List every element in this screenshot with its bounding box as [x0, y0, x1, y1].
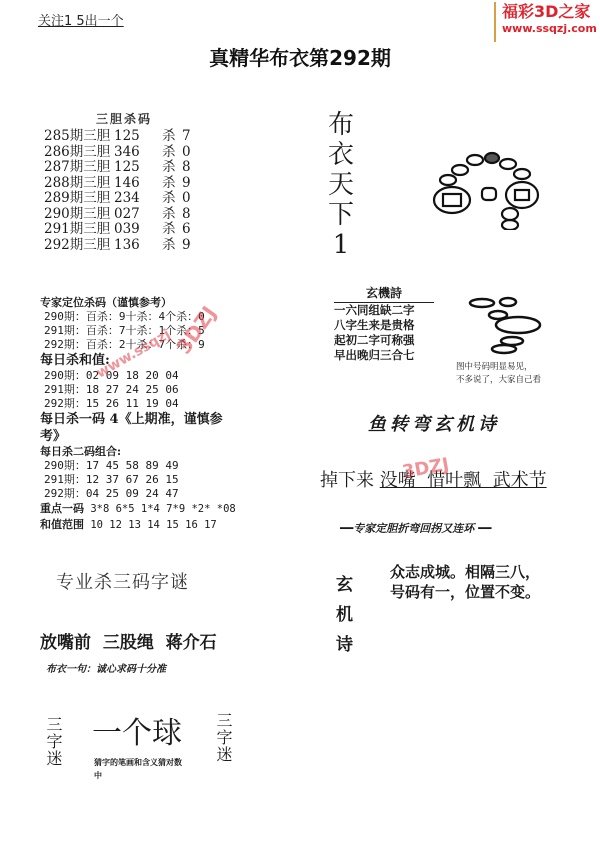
poem-line: 号码有一，位置不变。	[390, 582, 540, 602]
table-row: 288期三胆146杀9	[44, 176, 204, 192]
riddle-right-vertical: 三字迷	[212, 712, 235, 763]
caption-line: 图中号码明显易见，	[456, 361, 541, 374]
page-title: 真精华布衣第292期	[0, 42, 600, 71]
xuan-ji-poem-title: 玄機詩	[334, 284, 434, 303]
poem-line: 八字生来是贵格	[334, 318, 434, 333]
expert-dan-line: ━━专家定胆折弯回拐又连环 ━━	[340, 520, 491, 536]
key-code-values: 3*8 6*5 1*4 7*9 *2* *08	[90, 503, 235, 515]
list-item: 292期：04 25 09 24 47	[40, 487, 240, 501]
table-row: 292期三胆136杀9	[44, 238, 204, 254]
fish-words-plain: 掉下来	[320, 470, 380, 491]
key-code-label: 重点一码	[40, 502, 84, 515]
poem-line: 一六同组缺二字	[334, 303, 434, 318]
list-item: 291期：12 37 67 26 15	[40, 473, 240, 487]
brand-name: 福彩3D之家	[496, 2, 600, 22]
poem-line: 起初二字可称强	[334, 333, 434, 348]
list-item: 292期：15 26 11 19 04	[40, 397, 240, 411]
rings-caption: 图中号码明显易见， 不多说了，大家自己看	[456, 361, 541, 387]
riddle-left-vertical: 三字迷	[42, 716, 65, 767]
riddle-title: 专业杀三码字谜	[56, 568, 189, 594]
expert-sections: 专家定位杀码（谨慎参考） 290期：百杀：9十杀：4个杀：0 291期：百杀：7…	[40, 296, 240, 533]
sum-range-row: 和值范围 10 12 13 14 15 16 17	[40, 517, 240, 533]
riddle-center: 一个球	[92, 708, 182, 752]
riddle-subtitle: 布衣一句：诚心求码十分准	[46, 660, 166, 675]
daily-two-heading: 每日杀二码组合:	[40, 445, 240, 459]
three-dan-kill-heading: 三胆杀码	[44, 110, 204, 127]
table-row: 287期三胆125杀8	[44, 160, 204, 176]
table-row: 291期三胆039杀6	[44, 222, 204, 238]
sum-range-label: 和值范围	[40, 518, 84, 531]
bu-yi-vertical: 布衣天下1	[326, 110, 356, 260]
list-item: 290期：02 09 18 20 04	[40, 369, 240, 383]
key-code-row: 重点一码 3*8 6*5 1*4 7*9 *2* *08	[40, 501, 240, 517]
rings-illustration-icon	[468, 295, 548, 355]
sum-range-values: 10 12 13 14 15 16 17	[90, 519, 216, 531]
xuan-ji-shi-vertical: 玄机诗	[336, 570, 356, 660]
table-row: 289期三胆234杀0	[44, 191, 204, 207]
brand-logo[interactable]: 福彩3D之家 www.ssqzj.com	[494, 2, 600, 42]
poem-line: 早出晚归三合七	[334, 348, 434, 363]
xuan-ji-shi-poem: 众志成城。相隔三八， 号码有一，位置不变。	[390, 562, 540, 602]
table-row: 285期三胆125杀7	[44, 129, 204, 145]
riddle-hint: 猜字的笔画和含义猜对数中	[94, 756, 184, 782]
daily-one-kill: 每日杀一码 4《上期准，谨慎参考》	[40, 411, 240, 445]
list-item: 291期：18 27 24 25 06	[40, 383, 240, 397]
xuan-ji-poem-box: 玄機詩 一六同组缺二字 八字生来是贵格 起初二字可称强 早出晚归三合七	[334, 284, 434, 363]
bead-bracelet-icon	[430, 150, 550, 230]
poem-line: 众志成城。相隔三八，	[390, 562, 540, 582]
three-dan-kill-table: 三胆杀码 285期三胆125杀7 286期三胆346杀0 287期三胆125杀8…	[44, 110, 204, 253]
list-item: 290期：17 45 58 89 49	[40, 459, 240, 473]
brand-url[interactable]: www.ssqzj.com	[496, 22, 600, 36]
header-note: 关注1 5出一个	[38, 10, 124, 29]
table-row: 286期三胆346杀0	[44, 145, 204, 161]
table-row: 290期三胆027杀8	[44, 207, 204, 223]
fish-poem-title: 鱼转弯玄机诗	[368, 410, 500, 436]
riddle-words: 放嘴前 三股绳 蒋介石	[40, 628, 217, 653]
caption-line: 不多说了，大家自己看	[456, 374, 541, 387]
